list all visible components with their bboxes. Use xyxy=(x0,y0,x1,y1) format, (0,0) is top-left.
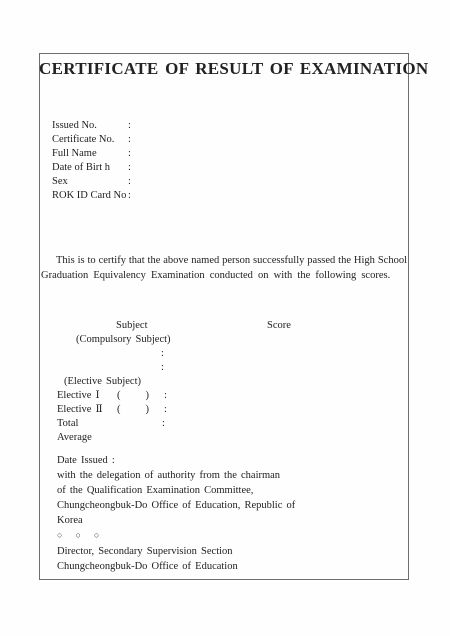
elective-subject-label: (Elective Subject) xyxy=(64,375,141,389)
field-row-certificate-no: Certificate No. : xyxy=(52,133,131,147)
stamp-circle-icon: ○ xyxy=(57,530,62,540)
field-colon: : xyxy=(128,189,131,203)
field-colon: : xyxy=(128,133,131,147)
total-row: Total: xyxy=(57,417,165,431)
authority-line: with the delegation of authority from th… xyxy=(57,468,295,483)
field-label: Issued No. xyxy=(52,119,128,133)
elective-1-colon: : xyxy=(164,389,167,403)
certificate-title: CERTIFICATE OF RESULT OF EXAMINATION xyxy=(39,59,409,79)
issuance-block: Date Issued : with the delegation of aut… xyxy=(57,453,295,528)
elective-1-label: Elective Ⅰ xyxy=(57,389,117,403)
close-paren: ) xyxy=(146,404,150,415)
compulsory-score-colon: : xyxy=(161,361,164,375)
field-row-date-of-birth: Date of Birt h : xyxy=(52,161,131,175)
elective-1-row: Elective Ⅰ(): xyxy=(57,389,167,403)
open-paren: ( xyxy=(117,404,121,415)
seal-circles-row: ○○○ xyxy=(57,530,112,540)
field-label: Date of Birt h xyxy=(52,161,128,175)
certify-statement-line: Graduation Equivalency Examination condu… xyxy=(41,268,407,283)
date-issued-label: Date Issued : xyxy=(57,453,295,468)
field-row-full-name: Full Name : xyxy=(52,147,131,161)
field-row-issued-no: Issued No. : xyxy=(52,119,131,133)
director-signature-line: Director, Secondary Supervision Section xyxy=(57,545,233,559)
field-row-sex: Sex : xyxy=(52,175,131,189)
office-signature-line: Chungcheongbuk-Do Office of Education xyxy=(57,560,238,574)
field-label: Full Name xyxy=(52,147,128,161)
field-row-rok-id-card-no: ROK ID Card No : xyxy=(52,189,131,203)
compulsory-subject-label: (Compulsory Subject) xyxy=(76,333,171,347)
authority-line: Korea xyxy=(57,513,295,528)
field-colon: : xyxy=(128,119,131,133)
stamp-circle-icon: ○ xyxy=(75,530,80,540)
field-label: ROK ID Card No xyxy=(52,189,128,203)
field-label: Sex xyxy=(52,175,128,189)
certificate-page: CERTIFICATE OF RESULT OF EXAMINATION Iss… xyxy=(0,0,450,636)
elective-2-colon: : xyxy=(164,403,167,417)
score-column-header: Score xyxy=(267,319,291,333)
close-paren: ) xyxy=(146,390,150,401)
subject-column-header: Subject xyxy=(116,319,148,333)
field-colon: : xyxy=(128,175,131,189)
authority-line: of the Qualification Examination Committ… xyxy=(57,483,295,498)
stamp-circle-icon: ○ xyxy=(94,530,99,540)
total-colon: : xyxy=(162,418,165,429)
compulsory-score-colon: : xyxy=(161,347,164,361)
total-label: Total xyxy=(57,417,162,431)
elective-2-row: Elective Ⅱ(): xyxy=(57,403,167,417)
field-colon: : xyxy=(128,147,131,161)
certify-statement-line: This is to certify that the above named … xyxy=(41,253,407,268)
field-label: Certificate No. xyxy=(52,133,128,147)
average-label: Average xyxy=(57,431,92,445)
certify-statement: This is to certify that the above named … xyxy=(41,253,407,283)
open-paren: ( xyxy=(117,390,121,401)
authority-line: Chungcheongbuk-Do Office of Education, R… xyxy=(57,498,295,513)
elective-2-label: Elective Ⅱ xyxy=(57,403,117,417)
info-fields-block: Issued No. : Certificate No. : Full Name… xyxy=(52,119,131,203)
field-colon: : xyxy=(128,161,131,175)
